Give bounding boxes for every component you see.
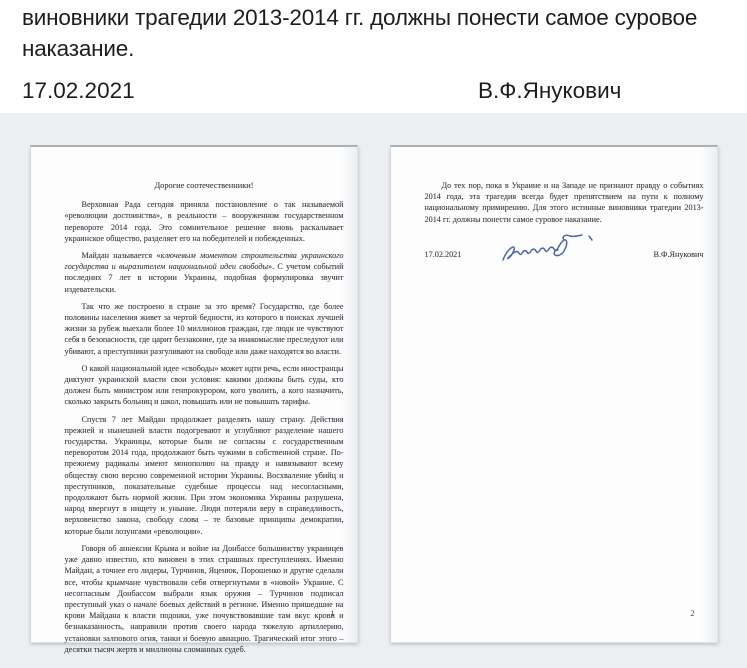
- scan-page-2: До тех пор, пока в Украине и на Западе н…: [390, 145, 718, 643]
- article-byline-row: 17.02.2021 В.Ф.Янукович: [22, 75, 707, 106]
- page-1-text: Дорогие соотечественники! Верховная Рада…: [31, 147, 357, 655]
- paragraph-6: Говоря об аннексии Крыма и войне на Донб…: [65, 543, 344, 655]
- scan-page-1: Дорогие соотечественники! Верховная Рада…: [30, 145, 358, 643]
- letter-scan-viewer: Дорогие соотечественники! Верховная Рада…: [0, 113, 747, 668]
- letter-date: 17.02.2021: [425, 249, 462, 260]
- paragraph-1: Верховная Рада сегодня приняла постановл…: [65, 199, 344, 244]
- closing-paragraph: До тех пор, пока в Украине и на Западе н…: [425, 180, 704, 225]
- page-2-text: До тех пор, пока в Украине и на Западе н…: [391, 147, 717, 271]
- page-1-number: 1: [330, 609, 334, 618]
- page-2-number: 2: [690, 609, 694, 618]
- paragraph-2-lead: Майдан называется «: [82, 251, 161, 260]
- paragraph-5: Спустя 7 лет Майдан продолжает разделять…: [65, 414, 344, 537]
- paragraph-3: Так что же построено в стране за это вре…: [65, 301, 344, 357]
- article-author-name: В.Ф.Янукович: [478, 75, 621, 106]
- article-text-line-1: виновники трагедии 2013-2014 гг. должны …: [22, 2, 707, 33]
- paragraph-4: О какой национальной идее «свободы» може…: [65, 363, 344, 408]
- article-date: 17.02.2021: [22, 78, 135, 103]
- letter-author-name: В.Ф.Янукович: [654, 249, 704, 260]
- article-text-line-2: наказание.: [22, 33, 707, 64]
- paragraph-2: Майдан называется «ключевым моментом стр…: [65, 250, 344, 295]
- signature-row: 17.02.2021 В.Ф.Янукович: [425, 239, 704, 271]
- salutation-heading: Дорогие соотечественники!: [65, 180, 344, 191]
- signature-scribble: [497, 233, 597, 269]
- article-header: виновники трагедии 2013-2014 гг. должны …: [0, 0, 747, 113]
